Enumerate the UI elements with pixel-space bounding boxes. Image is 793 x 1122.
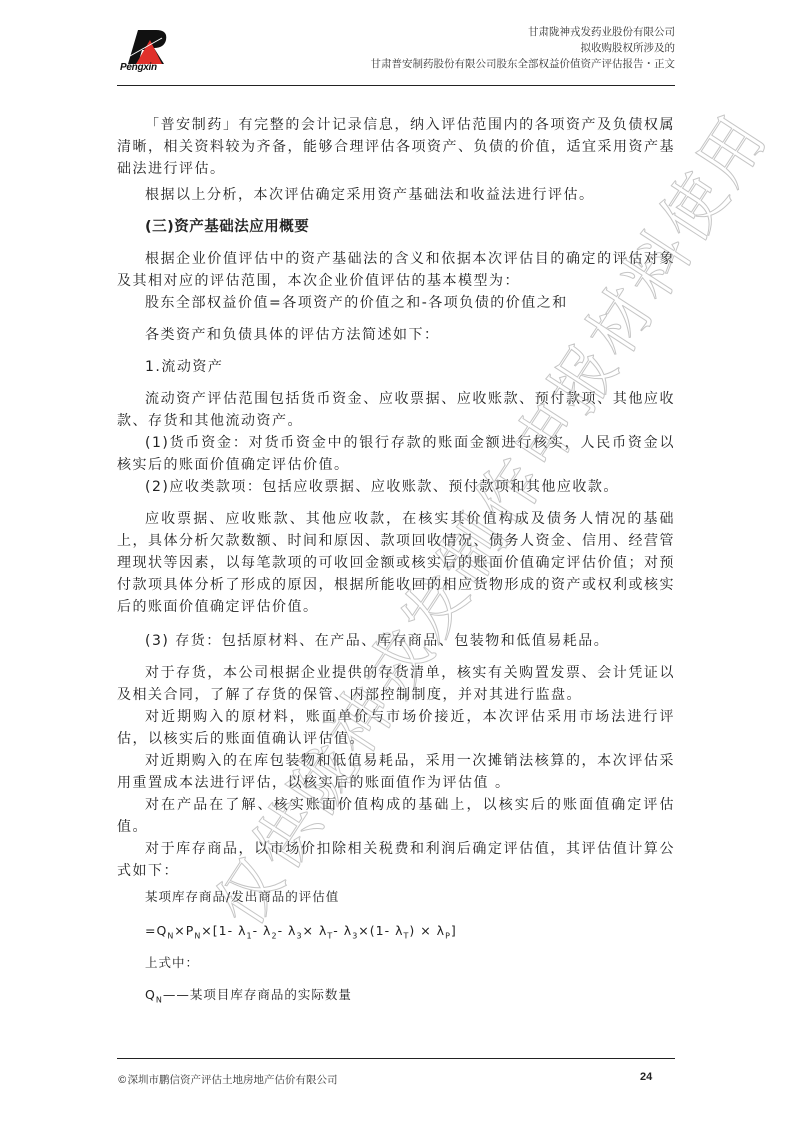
paragraph: 对在产品在了解、核实账面价值构成的基础上，以核实后的账面值确定评估值。: [117, 794, 675, 838]
logo-wordmark: Pengxin: [120, 62, 157, 73]
paragraph: 对于存货，本公司根据企业提供的存货清单，核实有关购置发票、会计凭证以及相关合同，…: [117, 662, 675, 706]
paragraph: 「普安制药」有完整的会计记录信息，纳入评估范围内的各项资产及负债权属清晰，相关资…: [117, 114, 675, 180]
paragraph: (3) 存货：包括原材料、在产品、库存商品、包装物和低值易耗品。: [117, 630, 675, 652]
paragraph: 各类资产和负债具体的评估方法简述如下：: [117, 324, 703, 346]
section-heading: (三)资产基础法应用概要: [117, 216, 703, 238]
header-title-block: 甘肃陇神戎发药业股份有限公司 拟收购股权所涉及的 甘肃普安制药股份有限公司股东全…: [371, 24, 676, 72]
document-page: Pengxin 甘肃陇神戎发药业股份有限公司 拟收购股权所涉及的 甘肃普安制药股…: [0, 0, 793, 1122]
paragraph: (1)货币资金：对货币资金中的银行存款的账面金额进行核实，人民币资金以核实后的账…: [117, 432, 675, 476]
formula-label: 某项库存商品/发出商品的评估值: [117, 886, 703, 908]
page-number: 24: [640, 1071, 652, 1083]
paragraph: 对近期购入的原材料，账面单价与市场价接近，本次评估采用市场法进行评估，以核实后的…: [117, 706, 675, 750]
paragraph: 对近期购入的在库包装物和低值易耗品，采用一次摊销法核算的，本次评估采用重置成本法…: [117, 750, 675, 794]
footer-company: ©深圳市鹏信资产评估土地房地产估价有限公司: [117, 1072, 338, 1087]
subsection-heading: 1.流动资产: [117, 356, 703, 378]
paragraph: 流动资产评估范围包括货币资金、应收票据、应收账款、预付款项、其他应收款、存货和其…: [117, 388, 675, 432]
paragraph: (2)应收类款项：包括应收票据、应收账款、预付款项和其他应收款。: [117, 476, 675, 498]
header-line-3: 甘肃普安制药股份有限公司股东全部权益价值资产评估报告・正文: [371, 56, 676, 72]
page-header: Pengxin 甘肃陇神戎发药业股份有限公司 拟收购股权所涉及的 甘肃普安制药股…: [117, 22, 675, 86]
formula-note: 上式中：: [117, 952, 703, 974]
paragraph: 股东全部权益价值=各项资产的价值之和-各项负债的价值之和: [117, 292, 703, 314]
footer-divider: [117, 1058, 675, 1059]
paragraph: 根据企业价值评估中的资产基础法的含义和依据本次评估目的确定的评估对象及其相对应的…: [117, 248, 675, 292]
paragraph: 应收票据、应收账款、其他应收款，在核实其价值构成及债务人情况的基础上，具体分析欠…: [117, 508, 675, 618]
header-line-2: 拟收购股权所涉及的: [371, 40, 676, 56]
formula: =QN×PN×[1- λ1- λ2- λ3× λT- λ3×(1- λT) × …: [117, 920, 703, 948]
paragraph: 根据以上分析，本次评估确定采用资产基础法和收益法进行评估。: [117, 184, 675, 206]
header-line-1: 甘肃陇神戎发药业股份有限公司: [371, 24, 676, 40]
variable-definition: QN——某项目库存商品的实际数量: [117, 984, 703, 1012]
header-divider: [117, 85, 675, 86]
paragraph: 对于库存商品，以市场价扣除相关税费和利润后确定评估值，其评估值计算公式如下：: [117, 838, 675, 882]
